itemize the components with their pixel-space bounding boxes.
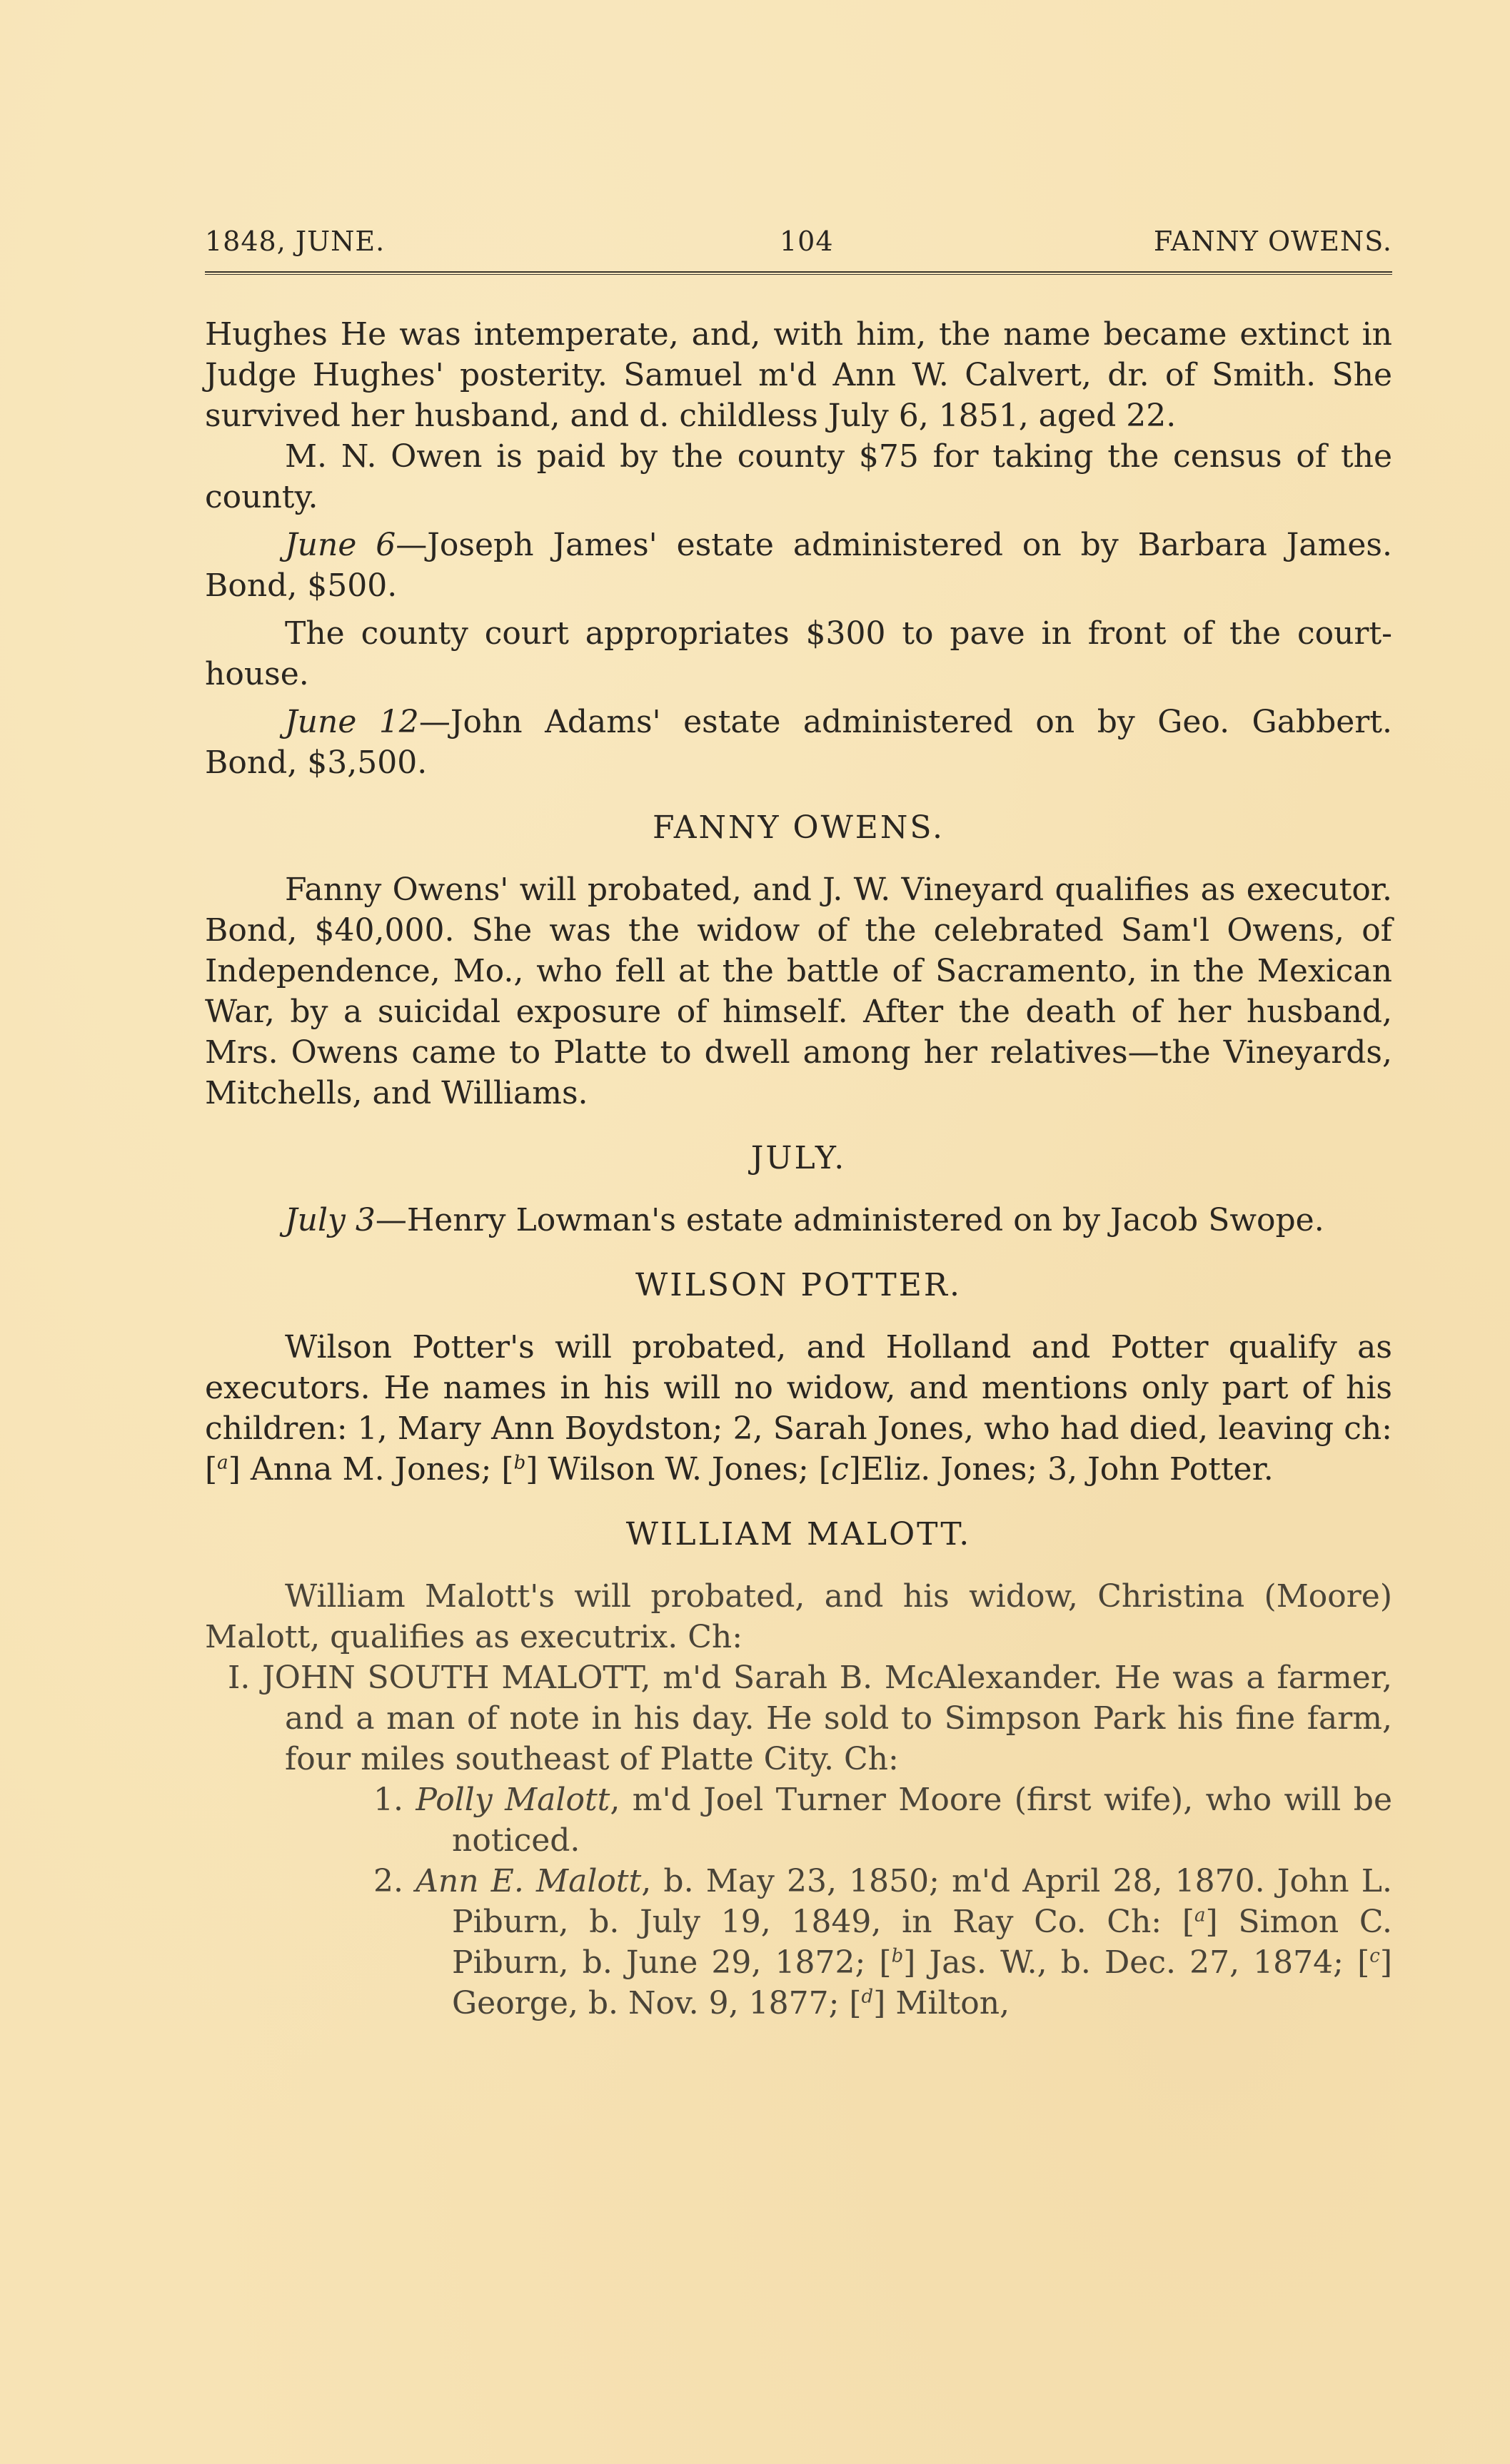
child-name: Polly Malott (416, 1782, 610, 1818)
running-head-left: 1848, JUNE. (205, 226, 385, 257)
running-head-right: FANNY OWENS. (1154, 226, 1392, 257)
child-name: Ann E. Malott (416, 1863, 641, 1899)
section-heading-july: JULY. (205, 1138, 1392, 1178)
genealogy-item-I: I. JOHN SOUTH MALOTT, m'd Sarah B. McAle… (205, 1657, 1392, 1779)
entry-date: June 6 (285, 527, 396, 563)
footnote-marker: b (892, 1945, 904, 1966)
entry-date: July 3 (285, 1202, 376, 1238)
footnote-marker: c (1369, 1945, 1380, 1966)
footnote-marker: c (831, 1451, 849, 1488)
genealogy-child-2: 2. Ann E. Malott, b. May 23, 1850; m'd A… (205, 1861, 1392, 2024)
footnote-marker: a (1194, 1904, 1206, 1926)
paragraph-june-12: June 12—John Adams' estate administered … (205, 702, 1392, 783)
paragraph-fanny-owens: Fanny Owens' will probated, and J. W. Vi… (205, 869, 1392, 1114)
paragraph-hughes: Hughes He was intemperate, and, with him… (205, 314, 1392, 436)
page-number: 104 (780, 226, 834, 257)
entry-date: June 12 (285, 704, 419, 740)
header-rule (205, 271, 1392, 275)
footnote-marker: a (217, 1452, 228, 1473)
section-heading-wilson-potter: WILSON POTTER. (205, 1265, 1392, 1306)
paragraph-june-6: June 6—Joseph James' estate administered… (205, 525, 1392, 606)
page-body: Hughes He was intemperate, and, with him… (205, 314, 1392, 2024)
paragraph-wilson-potter: Wilson Potter's will probated, and Holla… (205, 1327, 1392, 1490)
paragraph-owen-census: M. N. Owen is paid by the county $75 for… (205, 436, 1392, 517)
paragraph-court-house: The county court appropriates $300 to pa… (205, 613, 1392, 695)
paragraph-malott-intro: William Malott's will probated, and his … (205, 1576, 1392, 1657)
footnote-marker: d (862, 1986, 874, 2007)
running-head: 1848, JUNE. 104 FANNY OWENS. (205, 226, 1392, 261)
william-malott-section: William Malott's will probated, and his … (205, 1576, 1392, 2024)
entry-text: —Henry Lowman's estate administered on b… (376, 1202, 1324, 1238)
footnote-marker: b (514, 1452, 526, 1473)
section-heading-fanny-owens: FANNY OWENS. (205, 807, 1392, 848)
genealogy-child-1: 1. Polly Malott, m'd Joel Turner Moore (… (205, 1779, 1392, 1861)
section-heading-william-malott: WILLIAM MALOTT. (205, 1514, 1392, 1555)
paragraph-july-3: July 3—Henry Lowman's estate administere… (205, 1200, 1392, 1241)
